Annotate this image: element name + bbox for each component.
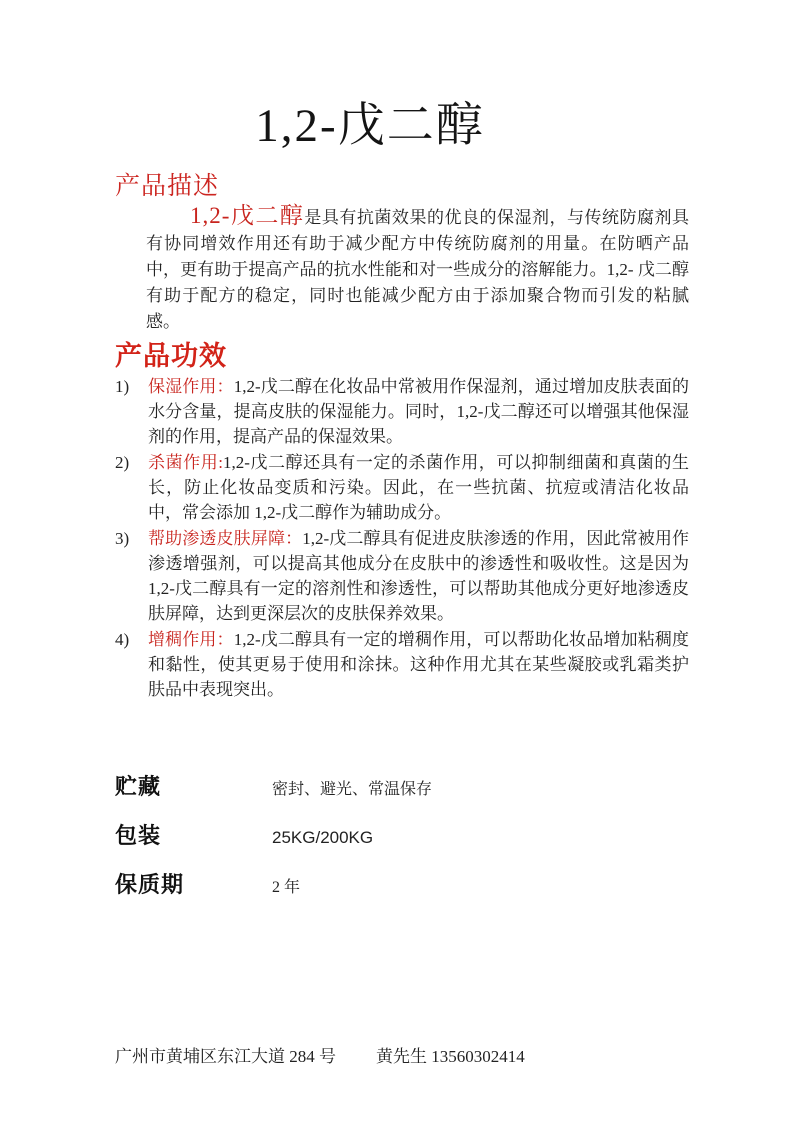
item-label: 帮助渗透皮肤屏障： (148, 529, 302, 548)
effect-item-penetration: 3) 帮助渗透皮肤屏障：1,2-戊二醇具有促进皮肤渗透的作用，因此常被用作渗透增… (115, 526, 689, 626)
item-number: 1) (115, 374, 148, 449)
spec-value: 2 年 (272, 874, 300, 897)
item-label: 保湿作用： (148, 377, 234, 396)
description-lead: 1,2-戊二醇 (190, 203, 304, 228)
spec-value: 密封、避光、常温保存 (272, 776, 432, 799)
item-number: 2) (115, 450, 148, 525)
effects-heading: 产品功效 (115, 334, 227, 373)
spec-row-storage: 贮藏 密封、避光、常温保存 (115, 770, 689, 801)
item-text: 帮助渗透皮肤屏障：1,2-戊二醇具有促进皮肤渗透的作用，因此常被用作渗透增强剂，… (148, 526, 689, 626)
effects-list: 1) 保湿作用：1,2-戊二醇在化妆品中常被用作保湿剂，通过增加皮肤表面的水分含… (115, 374, 689, 703)
specs-table: 贮藏 密封、避光、常温保存 包装 25KG/200KG 保质期 2 年 (115, 770, 689, 917)
item-number: 3) (115, 526, 148, 626)
description-paragraph: 1,2-戊二醇是具有抗菌效果的优良的保湿剂，与传统防腐剂具有协同增效作用还有助于… (146, 203, 689, 335)
item-text: 保湿作用：1,2-戊二醇在化妆品中常被用作保湿剂，通过增加皮肤表面的水分含量，提… (148, 374, 689, 449)
effect-item-thickening: 4) 增稠作用：1,2-戊二醇具有一定的增稠作用，可以帮助化妆品增加粘稠度和黏性… (115, 627, 689, 702)
description-heading: 产品描述 (115, 166, 219, 202)
spec-row-packaging: 包装 25KG/200KG (115, 819, 689, 850)
effect-item-moisturizing: 1) 保湿作用：1,2-戊二醇在化妆品中常被用作保湿剂，通过增加皮肤表面的水分含… (115, 374, 689, 449)
spec-row-shelf-life: 保质期 2 年 (115, 868, 689, 899)
effect-item-antibacterial: 2) 杀菌作用:1,2-戊二醇还具有一定的杀菌作用，可以抑制细菌和真菌的生长，防… (115, 450, 689, 525)
document-page: 1,2-戊二醇 产品描述 1,2-戊二醇是具有抗菌效果的优良的保湿剂，与传统防腐… (0, 0, 800, 1131)
footer: 广州市黄埔区东江大道 284 号 黄先生 13560302414 (115, 1042, 525, 1067)
spec-label: 包装 (115, 819, 272, 850)
spec-label: 贮藏 (115, 770, 272, 801)
item-text: 杀菌作用:1,2-戊二醇还具有一定的杀菌作用，可以抑制细菌和真菌的生长，防止化妆… (148, 450, 689, 525)
item-label: 增稠作用： (148, 630, 234, 649)
spec-label: 保质期 (115, 868, 272, 899)
item-description: 1,2-戊二醇还具有一定的杀菌作用，可以抑制细菌和真菌的生长，防止化妆品变质和污… (148, 453, 689, 522)
item-label: 杀菌作用: (148, 453, 223, 472)
footer-contact: 黄先生 13560302414 (376, 1042, 525, 1067)
item-text: 增稠作用：1,2-戊二醇具有一定的增稠作用，可以帮助化妆品增加粘稠度和黏性，使其… (148, 627, 689, 702)
footer-address: 广州市黄埔区东江大道 284 号 (115, 1042, 336, 1067)
spec-value: 25KG/200KG (272, 828, 373, 848)
item-number: 4) (115, 627, 148, 702)
page-title: 1,2-戊二醇 (0, 88, 740, 155)
